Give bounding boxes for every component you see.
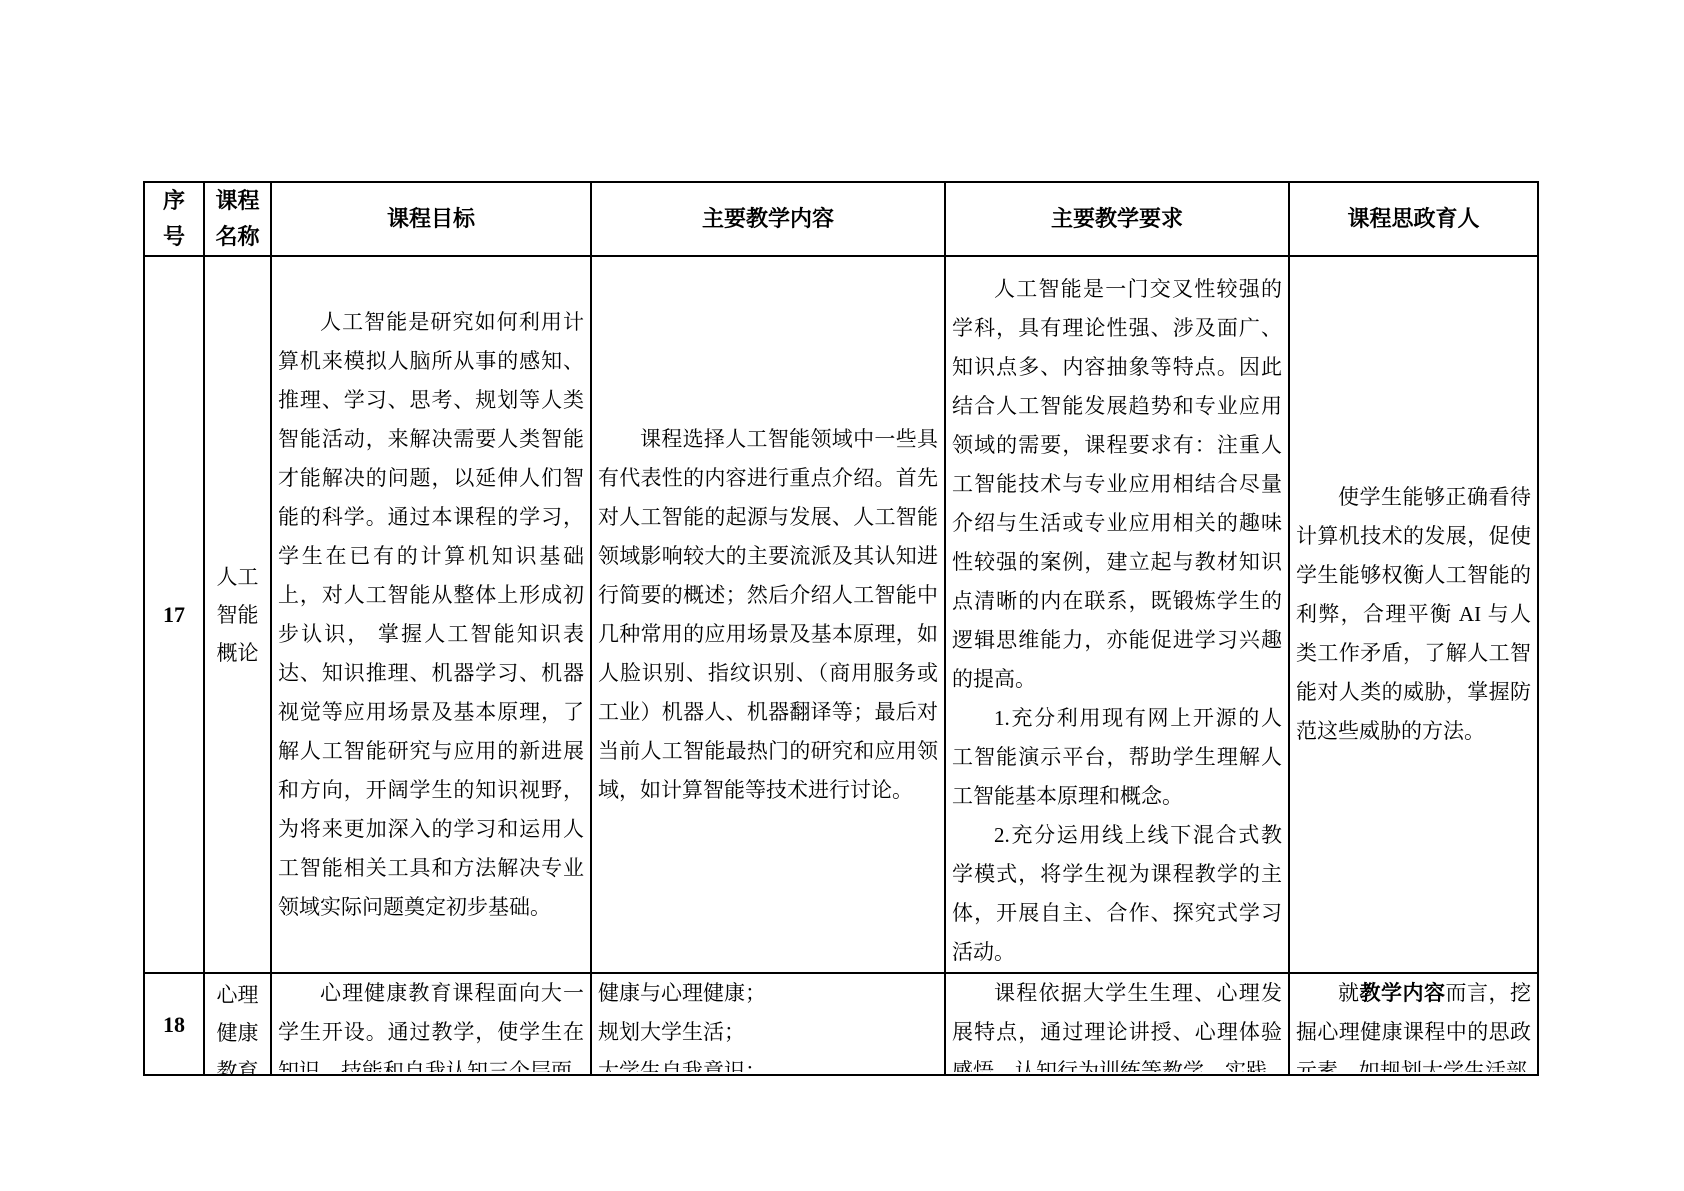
course-name-line: 智能 <box>211 596 264 634</box>
course-name-line: 概论 <box>211 634 264 672</box>
row-18-ideology: 就教学内容而言，挖掘心理健康课程中的思政元素，如规划大学生活部 <box>1289 973 1538 1075</box>
row-18-teaching-requirements: 课程依据大学生生理、心理发展特点，通过理论讲授、心理体验感悟、认知行为训练等教学… <box>945 973 1289 1075</box>
header-seq-no: 序 号 <box>144 182 204 256</box>
row-17-course-name: 人工 智能 概论 <box>204 256 271 973</box>
ideology-text-pre: 就 <box>1338 981 1360 1005</box>
course-goal-paragraph: 心理健康教育课程面向大一学生开设。通过教学，使学生在知识、技能和自我认知三个层面 <box>278 974 584 1072</box>
content-list-item: 规划大学生活； <box>598 1013 938 1052</box>
row-18-course-goal: 心理健康教育课程面向大一学生开设。通过教学，使学生在知识、技能和自我认知三个层面 <box>271 973 591 1075</box>
ideology-paragraph: 使学生能够正确看待计算机技术的发展，促使学生能够权衡人工智能的利弊，合理平衡 A… <box>1296 478 1531 751</box>
row-17-ideology: 使学生能够正确看待计算机技术的发展，促使学生能够权衡人工智能的利弊，合理平衡 A… <box>1289 256 1538 973</box>
requirements-paragraph-1: 人工智能是一门交叉性较强的学科，具有理论性强、涉及面广、知识点多、内容抽象等特点… <box>952 270 1282 699</box>
course-name-line: 健康 <box>211 1014 264 1052</box>
document-page: 序 号 课程 名称 课程目标 主要教学内容 主要教学要求 课程思政育人 17 人… <box>0 0 1684 1191</box>
requirements-paragraph-3: 2.充分运用线上线下混合式教学模式，将学生视为课程教学的主体，开展自主、合作、探… <box>952 816 1282 972</box>
header-teaching-requirements: 主要教学要求 <box>945 182 1289 256</box>
header-ideology-education: 课程思政育人 <box>1289 182 1538 256</box>
header-seq-no-line2: 号 <box>151 219 197 255</box>
content-list-item: 健康与心理健康； <box>598 974 938 1013</box>
header-course-name-line2: 名称 <box>211 219 264 255</box>
row-17-seq-no: 17 <box>144 256 204 973</box>
table-row-18: 18 心理 健康 教育 心理健康教育课程面向大一学生开设。通过教学，使学生在知识… <box>144 973 1538 1075</box>
row-17-teaching-requirements: 人工智能是一门交叉性较强的学科，具有理论性强、涉及面广、知识点多、内容抽象等特点… <box>945 256 1289 973</box>
row-18-teaching-content: 健康与心理健康； 规划大学生活； 大学生自我意识； <box>591 973 945 1075</box>
row-18-course-name: 心理 健康 教育 <box>204 973 271 1075</box>
course-goal-paragraph: 人工智能是研究如何利用计算机来模拟人脑所从事的感知、推理、学习、思考、规划等人类… <box>278 303 584 927</box>
header-seq-no-line1: 序 <box>151 183 197 219</box>
requirements-paragraph: 课程依据大学生生理、心理发展特点，通过理论讲授、心理体验感悟、认知行为训练等教学… <box>952 974 1282 1072</box>
row-17-course-goal: 人工智能是研究如何利用计算机来模拟人脑所从事的感知、推理、学习、思考、规划等人类… <box>271 256 591 973</box>
course-name-line: 人工 <box>211 558 264 596</box>
header-course-name-line1: 课程 <box>211 183 264 219</box>
header-course-name: 课程 名称 <box>204 182 271 256</box>
course-name-line: 教育 <box>211 1052 264 1074</box>
ideology-text-bold: 教学内容 <box>1360 981 1446 1005</box>
course-name-line: 心理 <box>211 976 264 1014</box>
requirements-paragraph-2: 1.充分利用现有网上开源的人工智能演示平台，帮助学生理解人工智能基本原理和概念。 <box>952 699 1282 816</box>
table-header-row: 序 号 课程 名称 课程目标 主要教学内容 主要教学要求 课程思政育人 <box>144 182 1538 256</box>
table-row-17: 17 人工 智能 概论 人工智能是研究如何利用计算机来模拟人脑所从事的感知、推理… <box>144 256 1538 973</box>
teaching-content-paragraph: 课程选择人工智能领域中一些具有代表性的内容进行重点介绍。首先对人工智能的起源与发… <box>598 420 938 810</box>
header-course-goal: 课程目标 <box>271 182 591 256</box>
header-teaching-content: 主要教学内容 <box>591 182 945 256</box>
course-table: 序 号 课程 名称 课程目标 主要教学内容 主要教学要求 课程思政育人 17 人… <box>143 181 1539 1076</box>
row-17-teaching-content: 课程选择人工智能领域中一些具有代表性的内容进行重点介绍。首先对人工智能的起源与发… <box>591 256 945 973</box>
ideology-paragraph: 就教学内容而言，挖掘心理健康课程中的思政元素，如规划大学生活部 <box>1296 974 1531 1072</box>
content-list-item: 大学生自我意识； <box>598 1052 938 1072</box>
row-18-seq-no: 18 <box>144 973 204 1075</box>
